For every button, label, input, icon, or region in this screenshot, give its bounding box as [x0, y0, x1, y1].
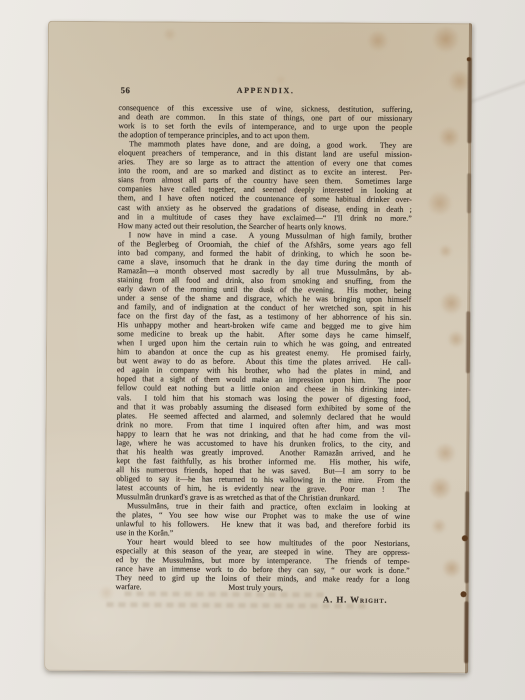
closing-row: warfare. Most truly yours, [116, 583, 410, 594]
running-header: APPENDIX. [119, 85, 413, 96]
book-page: 56 APPENDIX. consequence of this excessi… [44, 21, 472, 674]
text-block: 56 APPENDIX. consequence of this excessi… [115, 85, 412, 605]
foxing-stain [439, 244, 453, 258]
page-edge-mark [466, 311, 470, 373]
foxing-stain [367, 30, 389, 52]
foxing-stain [428, 476, 452, 500]
edge-dark-spot [460, 591, 466, 597]
paragraph: Mussulmâns, true in their faith and prac… [116, 501, 410, 539]
foxing-stain [447, 330, 465, 348]
foxing-stain [439, 291, 463, 315]
foxing-stain [163, 27, 177, 41]
paragraph: The mammoth plates have done, and are do… [118, 139, 413, 231]
page-edge-mark [464, 601, 468, 663]
foxing-stain [432, 25, 460, 53]
foxing-stain [442, 558, 462, 578]
foxing-stain [427, 190, 453, 216]
foxing-stain [275, 74, 287, 86]
foxing-stain [98, 585, 114, 601]
edge-dark-spot [467, 57, 471, 61]
valediction: Most truly yours, [116, 583, 396, 594]
running-header-row: 56 APPENDIX. [119, 85, 413, 97]
foxing-stain [434, 442, 456, 464]
paragraph: consequence of this excessive use of win… [118, 103, 412, 141]
page-edge-mark [467, 57, 472, 143]
signature: A. H. Wright. [115, 593, 409, 606]
foxing-stain [431, 518, 447, 534]
paragraph: Your heart would bleed to see how multit… [116, 537, 410, 584]
edge-dark-spot [462, 535, 468, 541]
background-crease [465, 58, 525, 128]
paragraph: I now have in mind a case. A young Mussu… [116, 230, 412, 503]
body-text: consequence of this excessive use of win… [116, 103, 413, 584]
page-edge-mark [467, 173, 471, 213]
foxing-stain [438, 126, 460, 148]
